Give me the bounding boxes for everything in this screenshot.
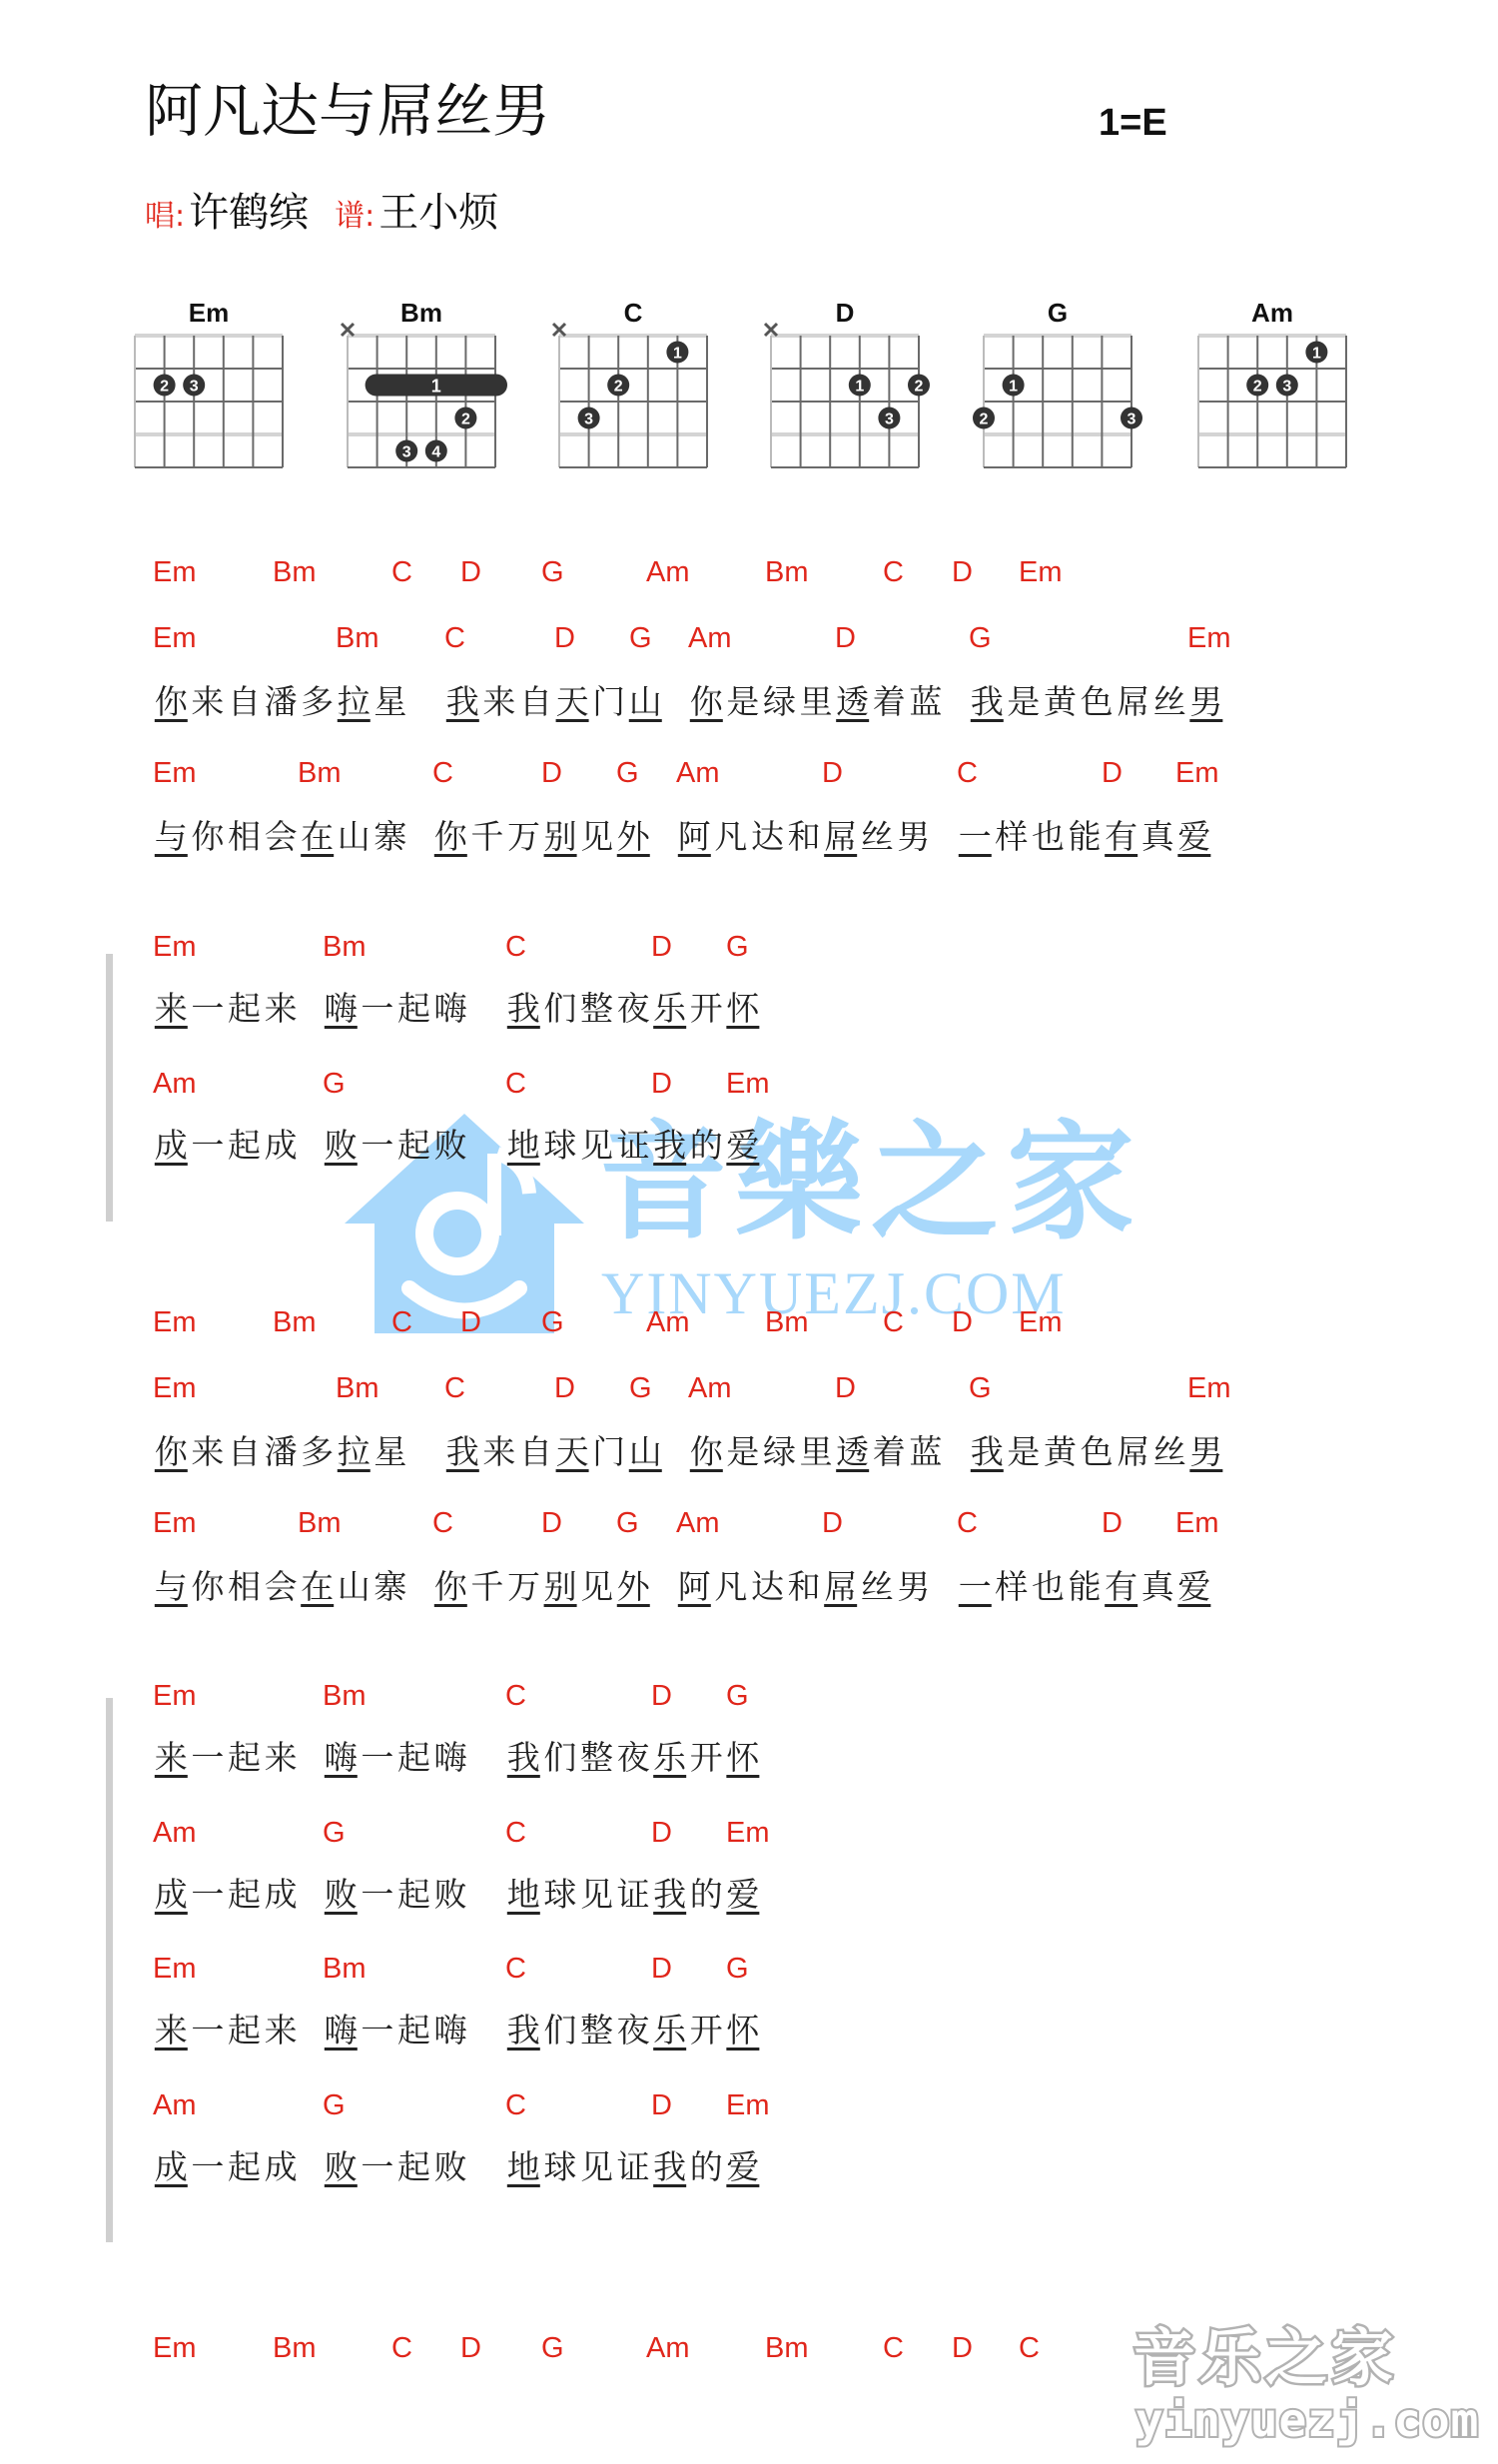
lyric-char-chord-anchor: 与 — [153, 1565, 190, 1609]
lyric-phrase: 你千万别见外 — [432, 1565, 652, 1609]
key-signature: 1=E — [1099, 98, 1167, 148]
credits: 唱:许鹤缤谱:王小烦 — [145, 188, 524, 246]
lyric-char-chord-anchor: 外 — [615, 1565, 652, 1609]
chord: Bm — [323, 1678, 367, 1714]
lyric-phrase: 地球见证我的爱 — [505, 1124, 761, 1168]
lyric-char: 败 — [432, 1873, 469, 1917]
lyric-char-chord-anchor: 地 — [505, 1873, 542, 1917]
svg-text:2: 2 — [461, 411, 470, 428]
lyric-char: 山 — [336, 815, 373, 859]
lyric-char-chord-anchor: 你 — [688, 680, 725, 724]
chord: Am — [646, 554, 690, 590]
lyric-phrase: 败一起败 — [323, 1124, 468, 1168]
lyric-char: 起 — [226, 2009, 263, 2053]
lyric-char-chord-anchor: 你 — [153, 1430, 190, 1474]
lyric-phrase: 嗨一起嗨 — [323, 2009, 468, 2053]
chord: Em — [1187, 1370, 1231, 1406]
chord-diagram-bm: Bm1234 — [332, 296, 531, 475]
lyric-char: 来 — [263, 1736, 300, 1780]
lyric-char: 一 — [360, 1736, 396, 1780]
chord: D — [952, 554, 973, 590]
lyric-phrase: 我是黄色屌丝男 — [969, 680, 1224, 724]
lyric-char: 和 — [786, 815, 823, 859]
lyric-char: 成 — [263, 2145, 300, 2189]
fretboard-grid-icon: 123 — [539, 316, 727, 487]
lyric-char-chord-anchor: 来 — [153, 2009, 190, 2053]
lyric-char-chord-anchor: 爱 — [725, 1124, 762, 1168]
lyric-char: 嗨 — [432, 987, 469, 1031]
chord: Em — [153, 1370, 197, 1406]
lyric-char: 们 — [542, 987, 579, 1031]
lyric-char-chord-anchor: 透 — [834, 680, 871, 724]
lyric-char-chord-anchor: 成 — [153, 1873, 190, 1917]
chord-diagram-am: Am123 — [1182, 296, 1382, 475]
chord: G — [616, 1505, 639, 1541]
lyric-char-chord-anchor: 山 — [627, 680, 664, 724]
lyric-char: 屌 — [1115, 680, 1151, 724]
chorus-lyric-row: 成一起成败一起败地球见证我的爱 — [0, 2145, 1498, 2185]
chord: Am — [688, 1370, 732, 1406]
lyric-phrase: 地球见证我的爱 — [505, 2145, 761, 2189]
lyric-phrase: 来一起来 — [153, 1736, 299, 1780]
chord: G — [969, 620, 992, 656]
lyric-char: 千 — [469, 815, 506, 859]
fretboard-grid-icon: 123 — [964, 316, 1151, 487]
lyric-char: 会 — [263, 1565, 300, 1609]
lyric-char-chord-anchor: 乐 — [651, 1736, 688, 1780]
lyric-char: 能 — [1067, 815, 1104, 859]
chord: D — [835, 620, 856, 656]
chord: C — [391, 1304, 412, 1340]
lyric-phrase: 我们整夜乐开怀 — [505, 1736, 761, 1780]
lyric-char-chord-anchor: 败 — [323, 1873, 360, 1917]
chord: D — [541, 1505, 562, 1541]
lyric-char: 真 — [1139, 815, 1176, 859]
lyric-char-chord-anchor: 败 — [323, 1124, 360, 1168]
verse-chord-row: EmBmCDGAmDGEm — [0, 1370, 1498, 1410]
svg-text:3: 3 — [1282, 379, 1291, 396]
chord: C — [883, 1304, 904, 1340]
lyric-char: 万 — [505, 815, 542, 859]
chord: D — [1102, 1505, 1123, 1541]
lyric-char: 多 — [299, 1430, 336, 1474]
lyric-char: 一 — [190, 1124, 227, 1168]
chord: Em — [1175, 755, 1219, 791]
lyric-char: 一 — [360, 1124, 396, 1168]
lyric-char: 丝 — [859, 1565, 896, 1609]
chord: G — [726, 1678, 749, 1714]
lyric-phrase: 我来自天门山 — [444, 1430, 664, 1474]
chord: Em — [153, 2330, 197, 2366]
lyric-char: 起 — [395, 987, 432, 1031]
song-title: 阿凡达与屌丝男 — [145, 76, 550, 146]
lyric-char-chord-anchor: 怀 — [725, 987, 762, 1031]
lyric-char: 和 — [786, 1565, 823, 1609]
lyric-char: 球 — [542, 2145, 579, 2189]
lyric-char: 星 — [373, 680, 409, 724]
lyric-char: 真 — [1139, 1565, 1176, 1609]
lyric-char: 见 — [578, 815, 615, 859]
chord: Em — [1175, 1505, 1219, 1541]
svg-text:1: 1 — [673, 346, 682, 363]
lyric-char-chord-anchor: 嗨 — [323, 987, 360, 1031]
lyric-char: 样 — [994, 1565, 1031, 1609]
chord: D — [460, 2330, 481, 2366]
lyric-char: 丝 — [1151, 680, 1188, 724]
svg-text:2: 2 — [614, 379, 623, 396]
chorus-chord-row: AmGCDEm — [0, 1066, 1498, 1106]
lyric-char: 见 — [578, 2145, 615, 2189]
svg-text:2: 2 — [915, 379, 924, 396]
lyric-char: 一 — [190, 1736, 227, 1780]
chord: C — [432, 755, 453, 791]
lyric-char: 成 — [263, 1873, 300, 1917]
lyric-phrase: 我们整夜乐开怀 — [505, 987, 761, 1031]
lyric-char: 你 — [190, 815, 227, 859]
chord: C — [505, 1951, 526, 1987]
lyric-char: 一 — [360, 987, 396, 1031]
lyric-char: 夜 — [615, 2009, 652, 2053]
arranger-name: 王小烦 — [378, 190, 498, 236]
chord: Bm — [765, 1304, 809, 1340]
chord: G — [629, 1370, 652, 1406]
lyric-phrase: 与你相会在山寨 — [153, 815, 408, 859]
chord: D — [460, 1304, 481, 1340]
watermark-corner: 音乐之家 yinyuezj.com — [1133, 2322, 1463, 2452]
chord: D — [822, 755, 843, 791]
chord: Am — [646, 2330, 690, 2366]
lyric-char: 自 — [226, 680, 263, 724]
chord-diagram-g: G123 — [968, 296, 1167, 475]
lyric-char-chord-anchor: 山 — [627, 1430, 664, 1474]
lyric-char-chord-anchor: 你 — [432, 1565, 469, 1609]
lyric-char: 寨 — [373, 1565, 409, 1609]
svg-text:1: 1 — [431, 377, 441, 397]
lyric-char: 里 — [798, 1430, 835, 1474]
chord: D — [651, 929, 672, 965]
lyric-char: 起 — [395, 2009, 432, 2053]
lyric-phrase: 一样也能有真爱 — [957, 815, 1212, 859]
lyric-char-chord-anchor: 天 — [554, 680, 591, 724]
svg-text:1: 1 — [1312, 346, 1321, 363]
fretboard-grid-icon: 23 — [115, 316, 303, 487]
chord: Em — [726, 1066, 770, 1102]
lyric-char: 样 — [994, 815, 1031, 859]
chord: Bm — [336, 620, 379, 656]
chord: Em — [153, 1678, 197, 1714]
lyric-char-chord-anchor: 一 — [957, 1565, 994, 1609]
chord: Em — [1019, 554, 1063, 590]
lyric-char-chord-anchor: 爱 — [1176, 815, 1213, 859]
lyric-char: 败 — [432, 1124, 469, 1168]
lyric-char-chord-anchor: 阿 — [676, 1565, 713, 1609]
lyric-char-chord-anchor: 男 — [1188, 680, 1225, 724]
lyric-phrase: 你是绿里透着蓝 — [688, 1430, 944, 1474]
verse-chord-row: EmBmCDGAmDCDEm — [0, 1505, 1498, 1545]
lyric-char: 夜 — [615, 987, 652, 1031]
chorus-lyric-row: 来一起来嗨一起嗨我们整夜乐开怀 — [0, 1736, 1498, 1776]
lyric-char: 着 — [871, 1430, 908, 1474]
lyric-char: 里 — [798, 680, 835, 724]
chorus-lyric-row: 成一起成败一起败地球见证我的爱 — [0, 1124, 1498, 1164]
lyric-char: 是 — [1006, 680, 1043, 724]
lyric-phrase: 成一起成 — [153, 1873, 299, 1917]
chord: G — [969, 1370, 992, 1406]
lyric-char: 自 — [517, 680, 554, 724]
lyric-char-chord-anchor: 怀 — [725, 1736, 762, 1780]
lyric-char-chord-anchor: 乐 — [651, 987, 688, 1031]
lyric-char: 星 — [373, 1430, 409, 1474]
lyric-char: 相 — [226, 815, 263, 859]
singer-name: 许鹤缤 — [189, 190, 309, 236]
chord: G — [726, 929, 749, 965]
lyric-char: 开 — [688, 1736, 725, 1780]
lyric-char: 丝 — [859, 815, 896, 859]
lyric-char-chord-anchor: 成 — [153, 1124, 190, 1168]
lyric-phrase: 嗨一起嗨 — [323, 1736, 468, 1780]
chord: G — [541, 554, 564, 590]
chord: D — [541, 755, 562, 791]
lyric-char: 起 — [395, 1873, 432, 1917]
lyric-char: 潘 — [263, 680, 300, 724]
chord: C — [505, 2087, 526, 2123]
lyric-char: 色 — [1079, 1430, 1116, 1474]
chord: D — [651, 1678, 672, 1714]
chord: G — [541, 2330, 564, 2366]
lyric-phrase: 阿凡达和屌丝男 — [676, 815, 932, 859]
lyric-char-chord-anchor: 地 — [505, 2145, 542, 2189]
lyric-char-chord-anchor: 乐 — [651, 2009, 688, 2053]
chord: C — [444, 1370, 465, 1406]
lyric-char-chord-anchor: 别 — [542, 1565, 579, 1609]
chord: C — [505, 929, 526, 965]
lyric-char: 你 — [190, 1565, 227, 1609]
lyric-char: 黄 — [1042, 1430, 1079, 1474]
lyric-phrase: 我是黄色屌丝男 — [969, 1430, 1224, 1474]
lyric-char-chord-anchor: 我 — [969, 680, 1006, 724]
lyric-char-chord-anchor: 我 — [651, 1124, 688, 1168]
chord: G — [323, 1815, 346, 1851]
chord: Am — [676, 1505, 720, 1541]
chorus-lyric-row: 成一起成败一起败地球见证我的爱 — [0, 1873, 1498, 1913]
svg-text:2: 2 — [160, 379, 169, 396]
lyric-phrase: 与你相会在山寨 — [153, 1565, 408, 1609]
lyric-char-chord-anchor: 你 — [688, 1430, 725, 1474]
chord: D — [822, 1505, 843, 1541]
chord: Em — [726, 2087, 770, 2123]
intro-chord-row-2: Em Bm C D G Am Bm C D Em — [0, 1304, 1498, 1344]
lyric-char-chord-anchor: 嗨 — [323, 2009, 360, 2053]
lyric-phrase: 一样也能有真爱 — [957, 1565, 1212, 1609]
chord: D — [651, 1951, 672, 1987]
lyric-char: 一 — [360, 2009, 396, 2053]
lyric-char: 自 — [226, 1430, 263, 1474]
fretboard-grid-icon: 123 — [751, 316, 939, 487]
lyric-char-chord-anchor: 败 — [323, 2145, 360, 2189]
lyric-char: 门 — [590, 680, 627, 724]
chord: D — [952, 1304, 973, 1340]
lyric-phrase: 我们整夜乐开怀 — [505, 2009, 761, 2053]
chord: Em — [153, 1951, 197, 1987]
chord: D — [554, 1370, 575, 1406]
chord: Em — [153, 620, 197, 656]
chord: Bm — [323, 929, 367, 965]
chorus-chord-row: EmBmCDG — [0, 929, 1498, 969]
lyric-char: 达 — [749, 1565, 786, 1609]
lyric-char: 万 — [505, 1565, 542, 1609]
lyric-char-chord-anchor: 你 — [153, 680, 190, 724]
lyric-char-chord-anchor: 透 — [834, 1430, 871, 1474]
chord: C — [883, 2330, 904, 2366]
lyric-char-chord-anchor: 与 — [153, 815, 190, 859]
chord: D — [835, 1370, 856, 1406]
lyric-char: 达 — [749, 815, 786, 859]
lyric-char-chord-anchor: 阿 — [676, 815, 713, 859]
chord: C — [444, 620, 465, 656]
chord: G — [541, 1304, 564, 1340]
lyric-char: 起 — [226, 987, 263, 1031]
chord: G — [323, 2087, 346, 2123]
lyric-char-chord-anchor: 地 — [505, 1124, 542, 1168]
lyric-char: 一 — [190, 2009, 227, 2053]
lyric-char-chord-anchor: 我 — [651, 2145, 688, 2189]
lyric-char: 球 — [542, 1124, 579, 1168]
chord: Em — [726, 1815, 770, 1851]
lyric-char-chord-anchor: 来 — [153, 1736, 190, 1780]
lyric-char-chord-anchor: 外 — [615, 815, 652, 859]
lyric-char: 也 — [1030, 1565, 1067, 1609]
lyric-char-chord-anchor: 我 — [651, 1873, 688, 1917]
svg-text:2: 2 — [980, 411, 989, 428]
lyric-char: 来 — [190, 680, 227, 724]
lyric-char-chord-anchor: 屌 — [822, 1565, 859, 1609]
chord: D — [952, 2330, 973, 2366]
lyric-char-chord-anchor: 在 — [299, 1565, 336, 1609]
chord: C — [505, 1815, 526, 1851]
svg-text:3: 3 — [885, 411, 894, 428]
lyric-char: 一 — [360, 2145, 396, 2189]
chord: G — [616, 755, 639, 791]
lyric-char: 起 — [395, 2145, 432, 2189]
lyric-char: 能 — [1067, 1565, 1104, 1609]
lyric-char: 黄 — [1042, 680, 1079, 724]
lyric-char-chord-anchor: 我 — [505, 1736, 542, 1780]
verse-chord-row: EmBmCDGAmDGEm — [0, 620, 1498, 660]
chord: C — [391, 554, 412, 590]
lyric-phrase: 成一起成 — [153, 1124, 299, 1168]
arranger-label: 谱: — [335, 199, 374, 234]
lyric-char: 整 — [578, 2009, 615, 2053]
chord: Am — [153, 1066, 197, 1102]
lyric-char: 嗨 — [432, 2009, 469, 2053]
verse-lyric-row: 你来自潘多拉星我来自天门山你是绿里透着蓝我是黄色屌丝男 — [0, 1430, 1498, 1470]
lyric-char: 起 — [395, 1124, 432, 1168]
svg-text:4: 4 — [431, 444, 440, 461]
chord: Bm — [273, 554, 317, 590]
lyric-char: 的 — [688, 1124, 725, 1168]
chorus-chord-row: EmBmCDG — [0, 1678, 1498, 1718]
lyric-char: 证 — [615, 1873, 652, 1917]
lyric-char: 起 — [226, 1873, 263, 1917]
lyric-char-chord-anchor: 有 — [1103, 1565, 1139, 1609]
lyric-char: 证 — [615, 1124, 652, 1168]
lyric-char: 来 — [263, 987, 300, 1031]
chord: Bm — [336, 1370, 379, 1406]
lyric-phrase: 你来自潘多拉星 — [153, 680, 408, 724]
lyric-char: 开 — [688, 2009, 725, 2053]
lyric-char: 蓝 — [908, 680, 945, 724]
chord: C — [505, 1066, 526, 1102]
lyric-phrase: 败一起败 — [323, 1873, 468, 1917]
chord: D — [460, 554, 481, 590]
lyric-char: 门 — [590, 1430, 627, 1474]
lyric-char-chord-anchor: 有 — [1103, 815, 1139, 859]
lyric-char: 败 — [432, 2145, 469, 2189]
svg-text:1: 1 — [1009, 379, 1018, 396]
lyric-char: 证 — [615, 2145, 652, 2189]
lyric-char-chord-anchor: 爱 — [725, 1873, 762, 1917]
chord: Em — [153, 554, 197, 590]
lyric-char-chord-anchor: 天 — [554, 1430, 591, 1474]
lyric-char-chord-anchor: 怀 — [725, 2009, 762, 2053]
lyric-char: 来 — [481, 680, 518, 724]
lyric-char: 男 — [896, 1565, 933, 1609]
chord: Em — [1019, 1304, 1063, 1340]
lyric-char: 成 — [263, 1124, 300, 1168]
chord: Bm — [765, 2330, 809, 2366]
lyric-char-chord-anchor: 屌 — [822, 815, 859, 859]
lyric-char: 会 — [263, 815, 300, 859]
lyric-phrase: 阿凡达和屌丝男 — [676, 1565, 932, 1609]
lyric-char: 一 — [190, 987, 227, 1031]
lyric-char: 见 — [578, 1565, 615, 1609]
lyric-phrase: 来一起来 — [153, 2009, 299, 2053]
lyric-char: 的 — [688, 1873, 725, 1917]
chord-diagram-d: D123 — [755, 296, 955, 475]
chord: C — [432, 1505, 453, 1541]
chord: C — [391, 2330, 412, 2366]
lyric-char-chord-anchor: 一 — [957, 815, 994, 859]
lyric-char-chord-anchor: 成 — [153, 2145, 190, 2189]
chord: Bm — [298, 1505, 342, 1541]
lyric-char: 整 — [578, 987, 615, 1031]
chord: Bm — [323, 1951, 367, 1987]
lyric-char: 自 — [517, 1430, 554, 1474]
lyric-char: 屌 — [1115, 1430, 1151, 1474]
chord: D — [1102, 755, 1123, 791]
lyric-char-chord-anchor: 嗨 — [323, 1736, 360, 1780]
lyric-char: 绿 — [761, 1430, 798, 1474]
lyric-char: 丝 — [1151, 1430, 1188, 1474]
chord: Am — [688, 620, 732, 656]
chord: C — [505, 1678, 526, 1714]
lyric-char-chord-anchor: 我 — [505, 2009, 542, 2053]
svg-text:2: 2 — [1253, 379, 1262, 396]
lyric-char: 凡 — [713, 1565, 750, 1609]
lyric-char: 绿 — [761, 680, 798, 724]
lyric-char: 整 — [578, 1736, 615, 1780]
lyric-char: 是 — [725, 1430, 762, 1474]
watermark-corner-text: 音乐之家 — [1133, 2322, 1397, 2394]
lyric-char: 的 — [688, 2145, 725, 2189]
chord: G — [323, 1066, 346, 1102]
chord-diagram-em: Em23 — [119, 296, 319, 475]
lyric-phrase: 你来自潘多拉星 — [153, 1430, 408, 1474]
chord-diagram-c: C123 — [543, 296, 743, 475]
lyric-char: 夜 — [615, 1736, 652, 1780]
lyric-char: 起 — [226, 1124, 263, 1168]
lyric-char: 起 — [226, 2145, 263, 2189]
